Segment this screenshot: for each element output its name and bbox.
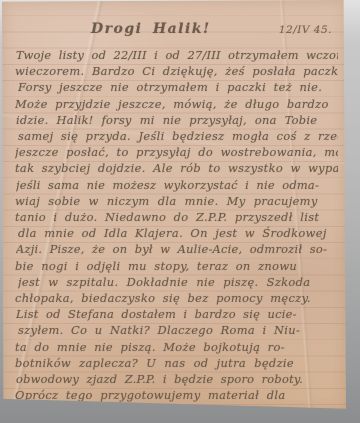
salutation: Drogi Halik! xyxy=(91,21,211,37)
letter-line: Twoje listy od 22/III i od 27/III otrzym… xyxy=(16,47,338,63)
letter-line: Oprócz tego przygotowujemy materiał dla xyxy=(15,387,338,403)
letter-line: botników zaplecza? U nas od jutra będzie xyxy=(15,355,338,371)
letter-date: 12/IV 45. xyxy=(279,24,332,36)
letter-line: List od Stefana dostałem i bardzo się uc… xyxy=(16,306,338,322)
letter-line: Forsy jeszcze nie otrzymałem i paczki te… xyxy=(18,79,338,95)
letter-line: obwodowy zjazd Z.P.P. i będzie sporo rob… xyxy=(16,371,338,387)
letter-line: idzie. Halik! forsy mi nie przysyłaj, on… xyxy=(16,112,338,128)
photo-background: Drogi Halik! 12/IV 45. Twoje listy od 22… xyxy=(0,0,360,423)
letter-line: tak szybciej dojdzie. Ale rób to wszystk… xyxy=(15,160,338,176)
letter-content: Drogi Halik! 12/IV 45. Twoje listy od 22… xyxy=(2,0,346,412)
letter-line: chłopaka, biedaczysko się bez pomocy męc… xyxy=(15,290,338,306)
letter-header: Drogi Halik! 12/IV 45. xyxy=(15,21,338,42)
letter-line: ta do mnie nie piszą. Może bojkotują ro- xyxy=(15,339,338,355)
letter-line: jest w szpitalu. Dokładnie nie piszę. Sz… xyxy=(18,274,338,290)
letter-line: samej się przyda. Jeśli będziesz mogła c… xyxy=(18,128,338,144)
letter-line: bie nogi i odjęli mu stopy, teraz on zno… xyxy=(15,258,338,274)
letter-line: szyłem. Co u Natki? Dlaczego Roma i Niu- xyxy=(18,322,338,338)
letter-body: Twoje listy od 22/III i od 27/III otrzym… xyxy=(15,47,338,403)
letter-line: dla mnie od Idla Klajera. On jest w Środ… xyxy=(18,225,338,241)
letter-line: jeszcze posłać, to przysyłaj do wostrebo… xyxy=(15,144,338,160)
letter-paper: Drogi Halik! 12/IV 45. Twoje listy od 22… xyxy=(2,0,346,412)
letter-line: jeśli sama nie możesz wykorzystać i nie … xyxy=(16,177,338,193)
letter-line: Może przyjdzie jeszcze, mówią, że długo … xyxy=(15,96,338,112)
letter-line: wieczorem. Bardzo Ci dziękuję, żeś posła… xyxy=(15,63,338,79)
letter-line: tanio i dużo. Niedawno do Z.P.P. przysze… xyxy=(15,209,338,225)
letter-line: Azji. Pisze, że on był w Aulie-Acie, odm… xyxy=(16,241,338,257)
letter-line: wiaj sobie w niczym dla mnie. My pracuje… xyxy=(15,193,338,209)
